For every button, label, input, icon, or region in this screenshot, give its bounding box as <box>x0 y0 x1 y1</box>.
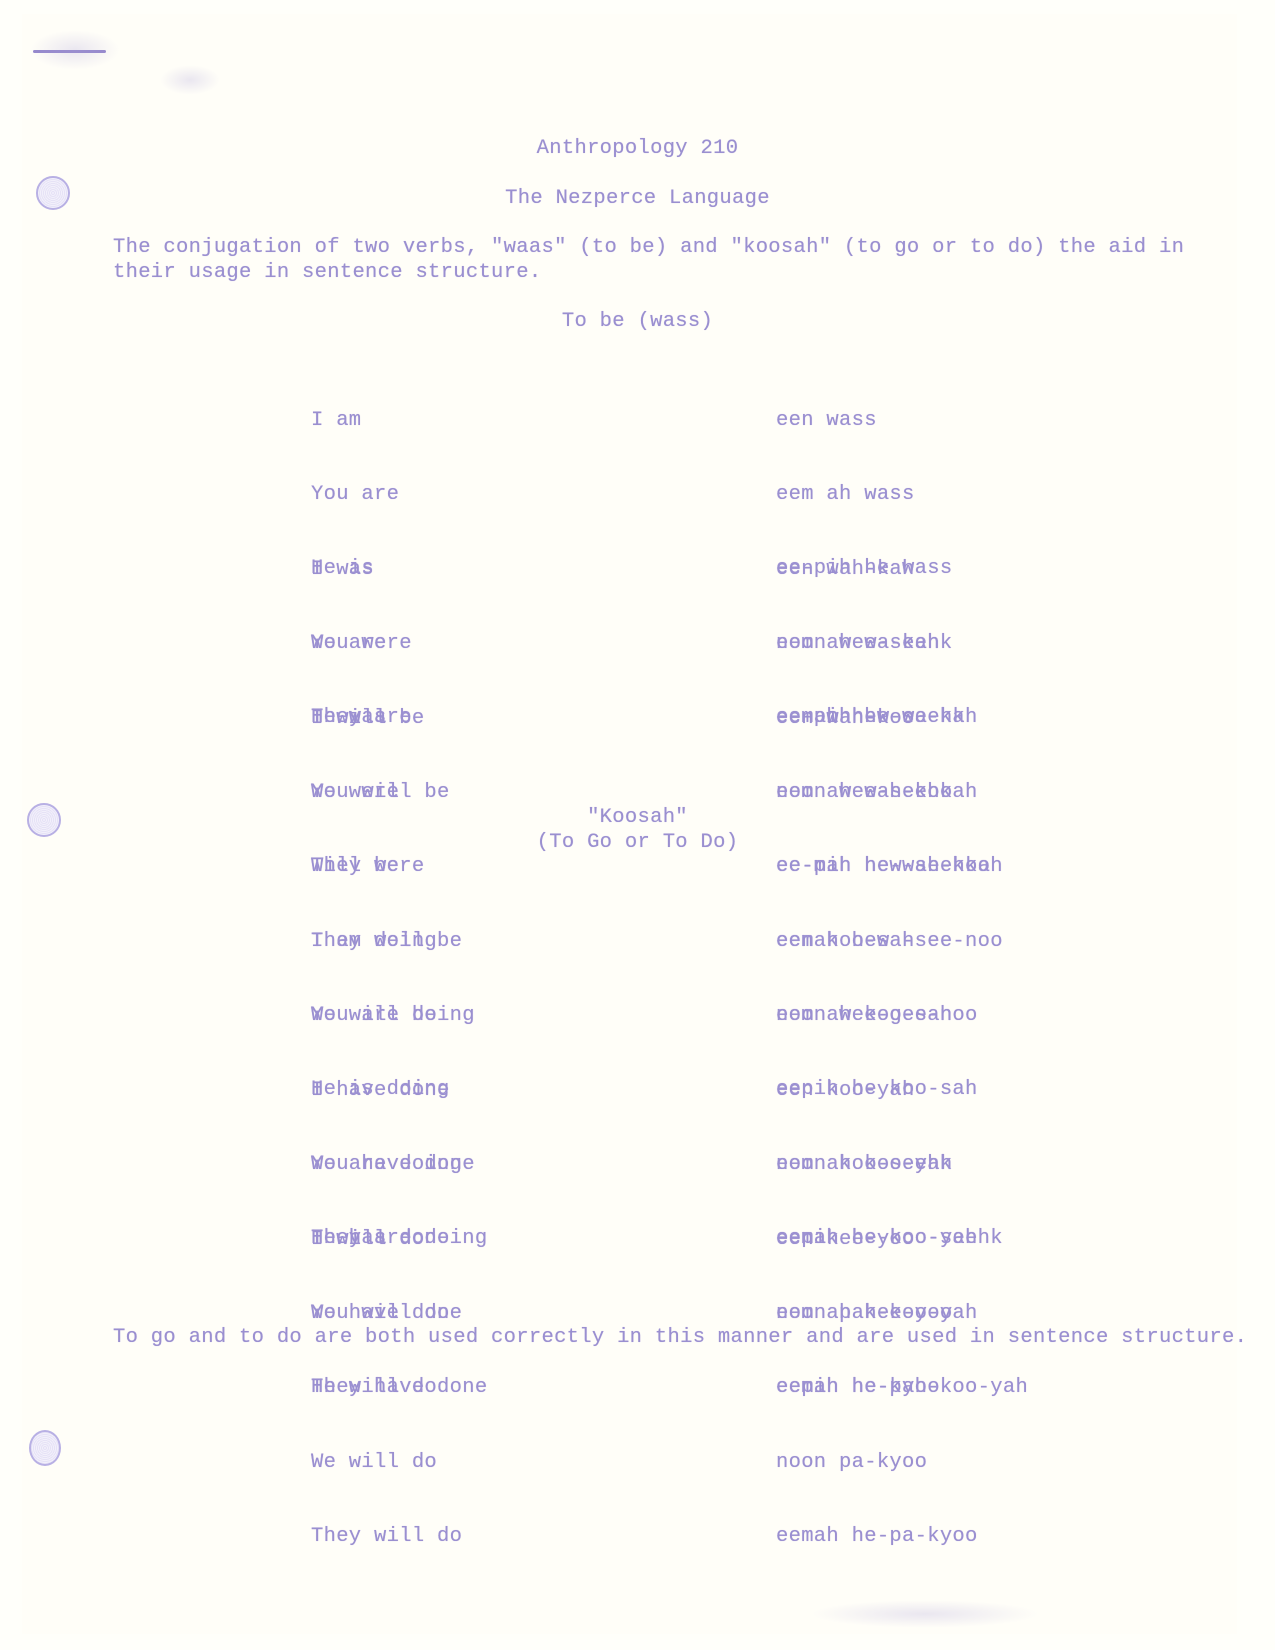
nezperce-phrase: een koo-yah <box>776 1079 1028 1104</box>
nezperce-phrase: een kee-yoo <box>776 1228 978 1253</box>
intro-line-1: The conjugation of two verbs, "waas" (to… <box>113 236 1184 261</box>
nezperce-phrase: eem ah wa-kah <box>776 632 1003 657</box>
smudge-mark <box>30 30 120 70</box>
document-title: The Nezperce Language <box>0 187 1275 212</box>
nezperce-phrase: eem ah wass <box>776 483 965 508</box>
nezperce-phrase: noon pa-kyoo <box>776 1451 978 1476</box>
english-phrase: You will be <box>311 781 462 806</box>
intro-line-2: their usage in sentence structure. <box>113 261 541 286</box>
nezperce-phrase: eem ah koo-sah <box>776 1004 1003 1029</box>
nezperce-phrase: eem ah koo-yah <box>776 1153 1028 1178</box>
section-subheading-koosah: (To Go or To Do) <box>0 831 1275 856</box>
koosah-future-nezperce: een kee-yoo eem ah kee-yoo eepih he-kyoo… <box>776 1178 978 1575</box>
english-phrase: I will be <box>311 707 462 732</box>
nezperce-phrase: eemah he-pa-kyoo <box>776 1525 978 1550</box>
smudge-mark <box>160 65 220 95</box>
nezperce-phrase: een wass <box>776 409 965 434</box>
english-phrase: You were <box>311 632 424 657</box>
english-phrase: I will do <box>311 1228 462 1253</box>
nezperce-phrase: een koo-sah <box>776 930 1003 955</box>
section-heading-koosah: "Koosah" <box>0 806 1275 831</box>
binder-hole-bottom <box>29 1430 61 1466</box>
closing-sentence: To go and to do are both used correctly … <box>113 1326 1247 1351</box>
koosah-future-english: I will do You will do He will do We will… <box>311 1178 462 1575</box>
english-phrase: You are doing <box>311 1004 487 1029</box>
smudge-mark <box>810 1600 1040 1628</box>
course-title: Anthropology 210 <box>0 137 1275 162</box>
section-heading-to-be: To be (wass) <box>0 310 1275 335</box>
nezperce-phrase: eepih he-kyoo <box>776 1376 978 1401</box>
nezperce-phrase: ee-pih he-wah-koo <box>776 855 1003 880</box>
nezperce-phrase: een wah-koo <box>776 707 1003 732</box>
nezperce-phrase: een wah-kah <box>776 558 1003 583</box>
english-phrase: You will do <box>311 1302 462 1327</box>
english-phrase: I have done <box>311 1079 487 1104</box>
english-phrase: You are <box>311 483 412 508</box>
english-phrase: They will do <box>311 1525 462 1550</box>
nezperce-phrase: eem ah wah-koo <box>776 781 1003 806</box>
english-phrase: Will be <box>311 855 462 880</box>
english-phrase: We will do <box>311 1451 462 1476</box>
english-phrase: I was <box>311 558 424 583</box>
english-phrase: I am doing <box>311 930 487 955</box>
english-phrase: I am <box>311 409 412 434</box>
nezperce-phrase: eem ah kee-yoo <box>776 1302 978 1327</box>
english-phrase: He will do <box>311 1376 462 1401</box>
english-phrase: You have done <box>311 1153 487 1178</box>
